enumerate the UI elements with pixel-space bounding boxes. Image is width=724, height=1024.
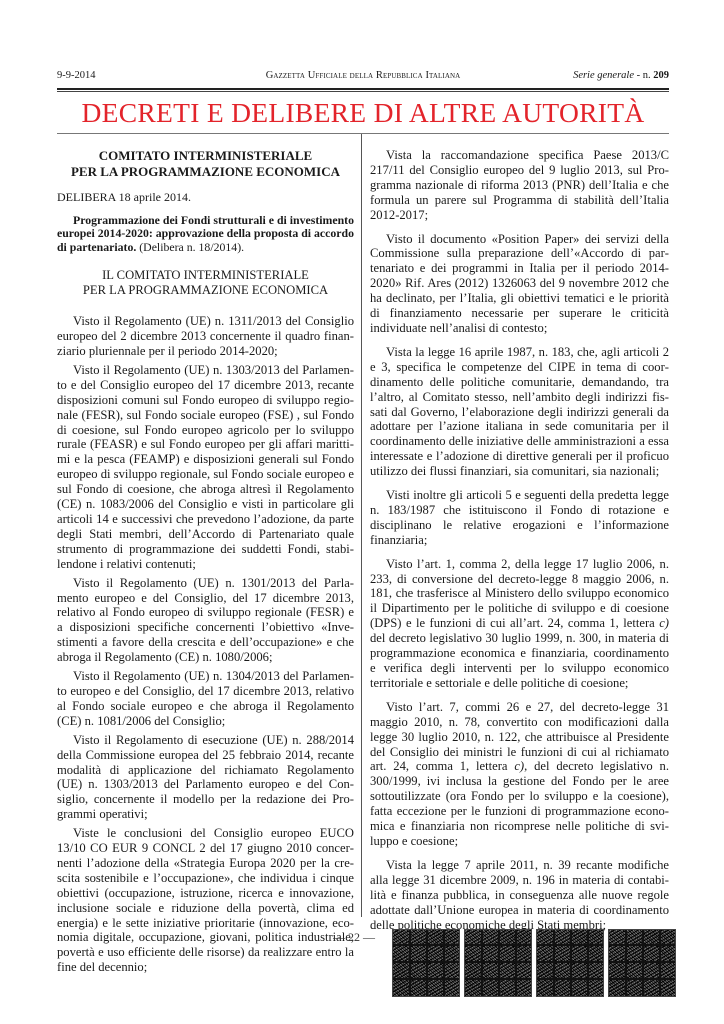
serie-label: Serie generale (573, 70, 634, 81)
organization-title: COMITATO INTERMINISTERIALE PER LA PROGRA… (57, 148, 354, 180)
paragraph: Visto il Regolamento di esecuzione (UE) … (57, 733, 354, 822)
paragraph: Visto il documento «Position Paper» dei … (370, 232, 669, 336)
committee-line1: IL COMITATO INTERMINISTERIALE (57, 268, 354, 283)
page-header: 9-9-2014 Gazzetta Ufficiale della Repubb… (57, 70, 669, 86)
column-divider (361, 134, 362, 917)
committee-heading: IL COMITATO INTERMINISTERIALE PER LA PRO… (57, 268, 354, 298)
subject-ref: (Delibera n. 18/2014). (136, 240, 244, 254)
datamatrix-barcode-icon (608, 929, 676, 997)
datamatrix-barcode-icon (536, 929, 604, 997)
text-italic: c) (659, 616, 669, 630)
paragraph: Visto il Regolamento (UE) n. 1303/2013 d… (57, 363, 354, 572)
serie-sep: - n. (634, 70, 653, 81)
delibera-date: DELIBERA 18 aprile 2014. (57, 190, 354, 205)
barcode-strip (392, 929, 676, 997)
serie-info: Serie generale - n. 209 (573, 70, 669, 81)
text-italic: c) (514, 759, 524, 773)
datamatrix-barcode-icon (392, 929, 460, 997)
paragraph: Visto il Regolamento (UE) n. 1304/2013 d… (57, 669, 354, 729)
delibera-subject: Programmazione dei Fondi strutturali e d… (57, 214, 354, 255)
paragraph: Vista la legge 7 aprile 2011, n. 39 reca… (370, 858, 669, 933)
paragraph: Visto il Regolamento (UE) n. 1301/2013 d… (57, 576, 354, 665)
right-column: Vista la raccomandazione specifica Paese… (370, 148, 669, 941)
org-title-line2: PER LA PROGRAMMAZIONE ECONOMICA (57, 164, 354, 180)
text-run: Visto l’art. 1, comma 2, della legge 17 … (370, 557, 669, 631)
left-column: COMITATO INTERMINISTERIALE PER LA PROGRA… (57, 148, 354, 979)
datamatrix-barcode-icon (464, 929, 532, 997)
header-double-rule (57, 88, 669, 92)
paragraph: Visto l’art. 1, comma 2, della legge 17 … (370, 557, 669, 691)
paragraph: Visti inoltre gli articoli 5 e seguenti … (370, 488, 669, 548)
serie-number: 209 (653, 70, 669, 81)
section-rule (57, 133, 669, 134)
paragraph: Vista la raccomandazione specifica Paese… (370, 148, 669, 223)
paragraph: Vista la legge 16 aprile 1987, n. 183, c… (370, 345, 669, 479)
section-title: DECRETI E DELIBERE DI ALTRE AUTORITÀ (57, 96, 669, 130)
text-run: del decreto legislativo 30 luglio 1999, … (370, 631, 669, 690)
org-title-line1: COMITATO INTERMINISTERIALE (57, 148, 354, 164)
page-number: — 22 — (333, 930, 375, 945)
paragraph: Visto il Regolamento (UE) n. 1311/2013 d… (57, 314, 354, 359)
committee-line2: PER LA PROGRAMMAZIONE ECONOMICA (57, 283, 354, 298)
paragraph: Viste le conclusioni del Consiglio europ… (57, 826, 354, 975)
paragraph: Visto l’art. 7, commi 26 e 27, del decre… (370, 700, 669, 849)
